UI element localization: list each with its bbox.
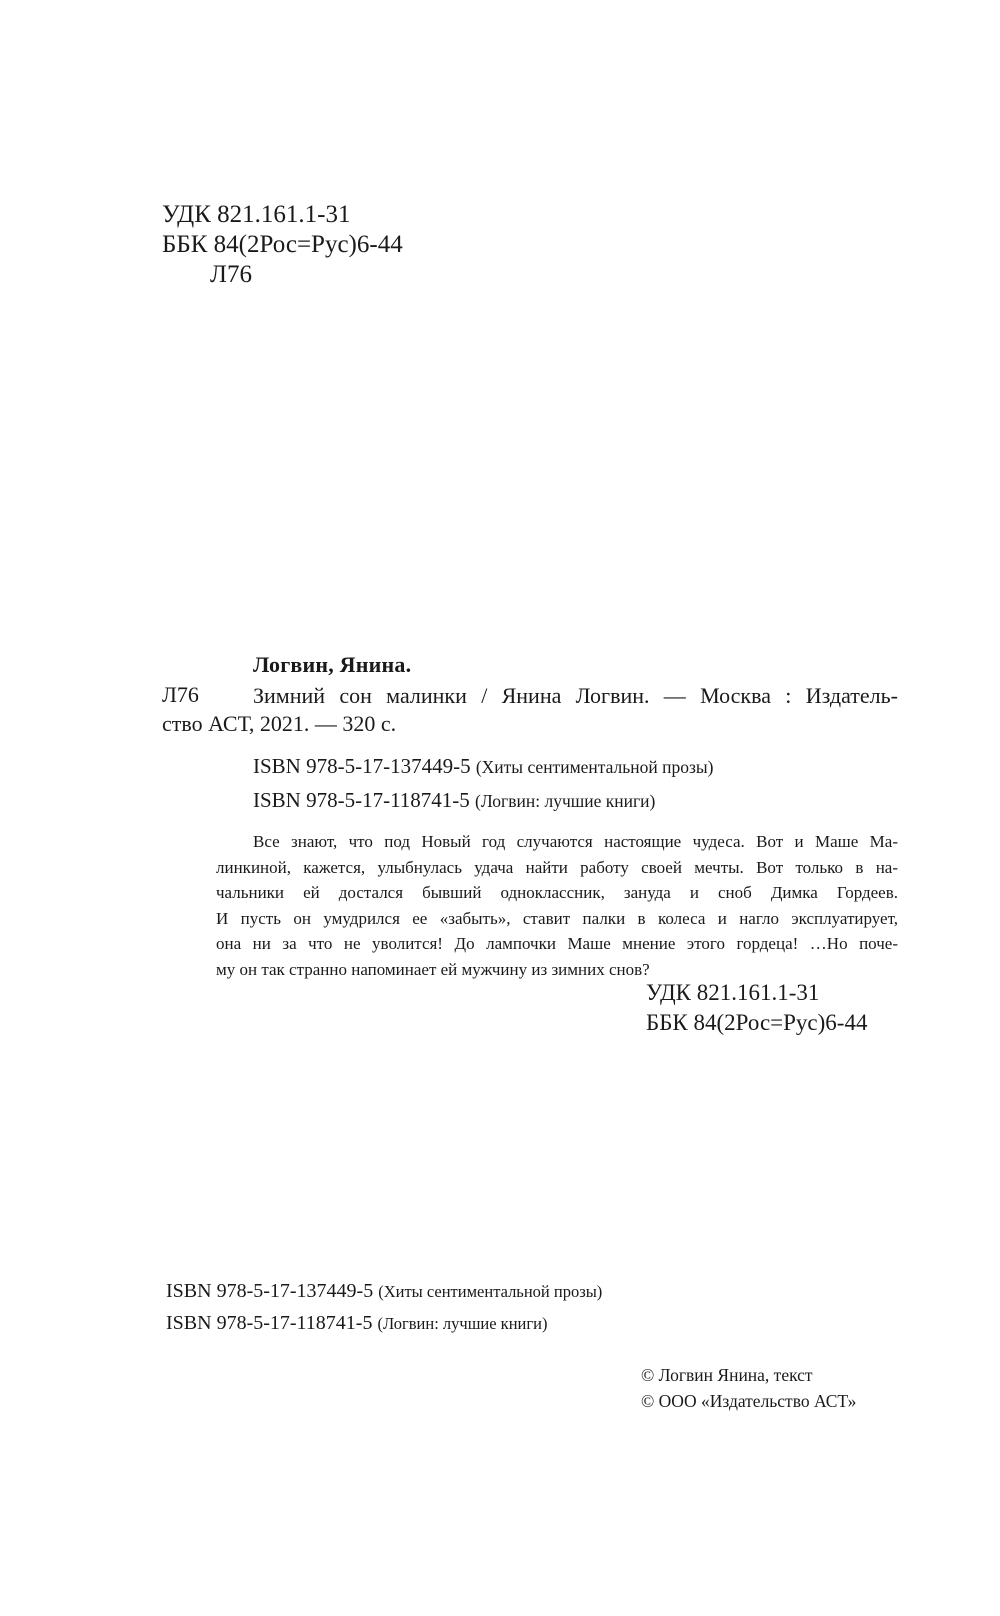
author-mark: Л76 — [162, 260, 403, 290]
bottom-isbn: ISBN 978-5-17-137449-5 (Хиты сентиментал… — [166, 1280, 602, 1303]
annotation-line: чальники ей достался бывший одноклассник… — [216, 880, 898, 906]
isbn-number: ISBN 978-5-17-137449-5 — [253, 754, 471, 778]
udk-code: УДК 821.161.1-31 — [162, 200, 403, 230]
isbn-series: (Хиты сентиментальной прозы) — [378, 1282, 602, 1301]
card-isbn: ISBN 978-5-17-137449-5 (Хиты сентиментал… — [253, 754, 714, 779]
card-classification: УДК 821.161.1-31 ББК 84(2Рос=Рус)6-44 — [646, 978, 867, 1038]
card-isbn: ISBN 978-5-17-118741-5 (Логвин: лучшие к… — [253, 788, 655, 813]
card-author-mark: Л76 — [162, 682, 199, 708]
isbn-series: (Логвин: лучшие книги) — [377, 1314, 547, 1333]
bibliographic-entry: Зимний сон малинки / Янина Логвин. — Мос… — [253, 682, 898, 738]
isbn-number: ISBN 978-5-17-137449-5 — [166, 1280, 373, 1302]
copyright-block: © Логвин Янина, текст © ООО «Издательств… — [641, 1362, 856, 1414]
isbn-series: (Хиты сентиментальной прозы) — [476, 757, 714, 777]
bbk-code: ББК 84(2Рос=Рус)6-44 — [162, 230, 403, 260]
udk-code: УДК 821.161.1-31 — [646, 978, 867, 1008]
isbn-number: ISBN 978-5-17-118741-5 — [253, 788, 470, 812]
isbn-series: (Логвин: лучшие книги) — [475, 791, 655, 811]
card-author: Логвин, Янина. — [253, 652, 411, 678]
bottom-isbn: ISBN 978-5-17-118741-5 (Логвин: лучшие к… — [166, 1312, 547, 1335]
annotation-line: линкиной, кажется, улыбнулась удача найт… — [216, 855, 898, 881]
annotation-line: Все знают, что под Новый год случаются н… — [216, 829, 898, 855]
copyright-line: © Логвин Янина, текст — [641, 1362, 856, 1388]
classification-block: УДК 821.161.1-31 ББК 84(2Рос=Рус)6-44 Л7… — [162, 200, 403, 290]
entry-line: Зимний сон малинки / Янина Логвин. — Мос… — [253, 682, 898, 710]
annotation-line: И пусть он умудрился ее «забыть», ставит… — [216, 906, 898, 932]
bbk-code: ББК 84(2Рос=Рус)6-44 — [646, 1008, 867, 1038]
isbn-number: ISBN 978-5-17-118741-5 — [166, 1312, 372, 1334]
annotation: Все знают, что под Новый год случаются н… — [216, 829, 898, 982]
copyright-line: © ООО «Издательство АСТ» — [641, 1388, 856, 1414]
annotation-line: она ни за что не уволится! До лампочки М… — [216, 931, 898, 957]
entry-line: ство АСТ, 2021. — 320 с. — [162, 710, 898, 738]
